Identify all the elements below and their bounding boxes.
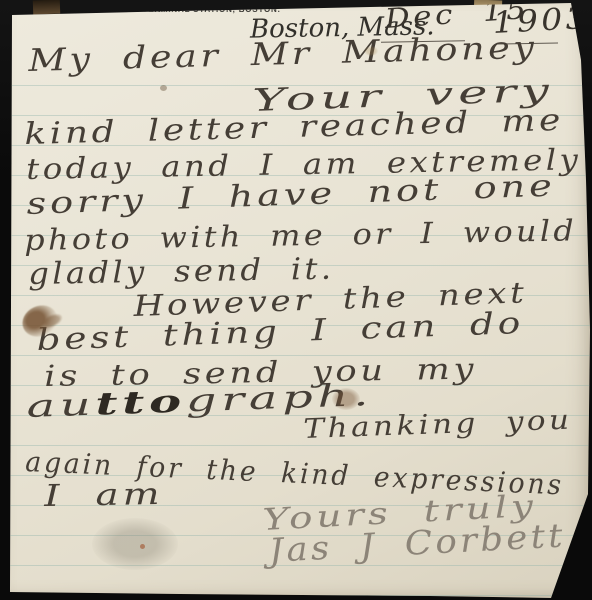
autograph-pre: au bbox=[26, 387, 96, 425]
body-line-5: photo with me or I would bbox=[24, 216, 577, 255]
autograph-retraced-letters: tto bbox=[95, 383, 187, 422]
smudge-bottom-left bbox=[92, 518, 178, 570]
tape-remnant-left bbox=[33, 0, 60, 14]
salutation-line: My dear Mr Mahoney bbox=[28, 33, 538, 77]
letter-paper: MAIN ENTRANCE TERMINAL STATION, BOSTON. … bbox=[0, 0, 592, 600]
printed-letterhead: MAIN ENTRANCE TERMINAL STATION, BOSTON. bbox=[62, 5, 281, 14]
letter-photo: MAIN ENTRANCE TERMINAL STATION, BOSTON. … bbox=[0, 0, 592, 600]
body-line-11: Thanking you bbox=[303, 407, 573, 443]
closing-line: I am bbox=[44, 480, 164, 512]
body-line-8: best thing I can do bbox=[36, 309, 524, 356]
small-spot-top bbox=[160, 85, 167, 91]
small-spot-bottom bbox=[140, 544, 145, 549]
